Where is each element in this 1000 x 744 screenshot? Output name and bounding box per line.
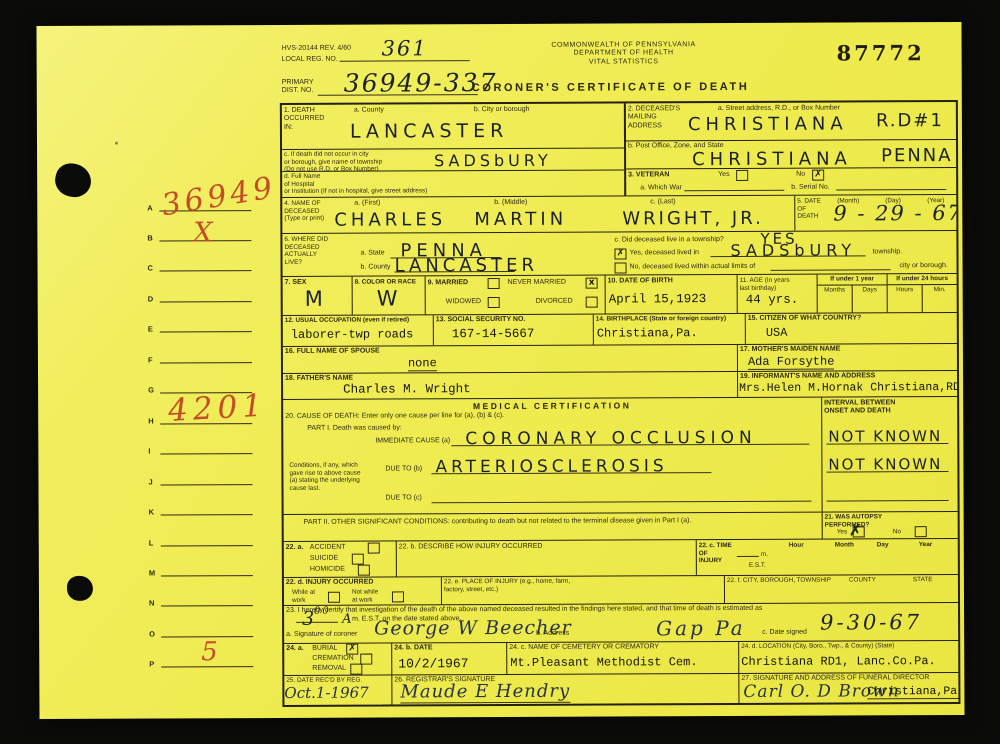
place-of-injury-cell: 22. e. PLACE OF INJURY (e.g., home, farm… [441,576,724,604]
birthplace-label: 14. BIRTHPLACE (State or foreign country… [596,315,726,323]
local-reg-label: LOCAL REG. NO. [282,56,338,64]
post-office-state-value: PENNA [881,145,953,166]
time-est-label: E.S.T. [749,562,766,570]
hospital-label: d. Full Name of Hospital or Institution … [284,172,427,196]
margin-letter: I [148,447,150,456]
cause-of-death-cell: MEDICAL CERTIFICATION 20. CAUSE OF DEATH… [283,398,821,514]
cemetery-label: 24. c. NAME OF CEMETERY OR CREMATORY [509,643,659,652]
residence-county-label: b. County [361,263,391,271]
months-label: Months [818,285,853,312]
spouse-cell: 16. FULL NAME OF SPOUSE none [283,345,737,373]
last-name-value: WRIGHT, JR. [622,208,764,230]
interval-header: INTERVAL BETWEEN ONSET AND DEATH [824,399,895,416]
date-signed-label: c. Date signed [762,629,807,637]
registrar-signature-value: Maude E Hendry [400,681,570,704]
coroner-signature-label: a. Signature of coroner [286,631,357,640]
while-at-work-label: While at work [292,589,315,604]
funeral-director-cell: 27. SIGNATURE AND ADDRESS OF FUNERAL DIR… [738,673,958,703]
disposal-date-value: 10/2/1967 [398,656,468,671]
first-name-label: a. (First) [354,200,380,208]
last-name-label: c. (Last) [650,198,675,206]
accident-label: ACCIDENT [310,544,346,552]
item22a-label: 22. a. [286,544,304,552]
homicide-label: HOMICIDE [310,566,345,574]
form-header: HVS-20144 REV. 4/60 LOCAL REG. NO. 361 P… [282,40,958,103]
month-label: Month [835,541,854,549]
city-borough-suffix-label: city or borough. [900,262,948,270]
removal-label: REMOVAL [312,665,346,673]
cemetery-value: Mt.Pleasant Methodist Cem. [510,655,697,670]
due-to-b-label: DUE TO (b) [385,465,422,473]
township-note-label: c. If death did not occur in city or bor… [284,151,382,171]
citizen-value: USA [766,326,788,340]
middle-name-value: MARTIN [474,209,567,230]
margin-value-p: 5 [201,637,218,667]
veteran-no-checkbox: ✗ [812,170,824,181]
under-24-hours-cell: If under 24 hours Hours Min. [887,274,957,312]
never-married-checkbox: x [586,278,598,289]
township-value: SADSbURY [434,151,552,171]
first-name-value: CHARLES [334,209,446,230]
margin-letter: D [148,295,153,304]
row-registrar-funeral: 25. DATE REC'D BY REG. Oct.1-1967 26. RE… [284,672,958,705]
under-24-hours-label: If under 24 hours [888,274,957,285]
age-label: 11. AGE (In years last birthday) [740,277,790,293]
mother-value: Ada Forsythe [748,355,834,370]
cremation-label: CREMATION [312,655,354,663]
margin-letter: L [149,539,154,548]
cause-of-death-label: 20. CAUSE OF DEATH: Enter only one cause… [285,412,504,421]
interval-cell: INTERVAL BETWEEN ONSET AND DEATH NOT KNO… [821,397,957,512]
margin-value-a: 36949 [159,170,279,223]
coroner-address-value: Gap Pa [656,616,746,640]
injury-occurred-label: 22. d. INJURY OCCURRED [286,579,374,588]
dob-cell: 10. DATE OF BIRTH April 15,1923 [605,275,737,314]
time-of-injury-label: 22. c. TIME OF INJURY [699,542,732,565]
injury-county-label: COUNTY [849,576,876,584]
residence-cell: 6. WHERE DID DECEASED ACTUALLY LIVE? a. … [282,231,956,276]
township-yes-text: Yes, deceased lived in [629,249,698,258]
date-received-cell: 25. DATE REC'D BY REG. Oct.1-1967 [284,675,391,704]
veteran-subcell: 3. VETERAN Yes No ✗ a. Which War b. Seri… [626,167,956,195]
days-label: Days [853,285,887,313]
under-1-year-label: If under 1 year [818,274,887,285]
removal-checkbox [350,664,362,675]
row-part2-autopsy: PART II. OTHER SIGNIFICANT CONDITIONS: c… [284,511,958,541]
margin-letter: J [148,478,152,487]
post-office-subcell: b. Post Office, Zone, and State CHRISTIA… [626,139,956,168]
interval-b-value: NOT KNOWN [828,455,942,473]
divorced-label: DIVORCED [536,298,573,306]
married-label: 9. MARRIED [428,279,468,287]
location-value: Christiana RD1, Lanc.Co.Pa. [741,654,935,669]
dod-label: 5. DATE OF DEATH [797,198,821,221]
occupation-cell: 12. USUAL OCCUPATION (even if retired) l… [283,315,433,346]
immediate-cause-label: IMMEDIATE CAUSE (a) [375,437,450,446]
sex-value: M [305,287,326,311]
father-cell: 18. FATHER'S NAME Charles M. Wright [283,372,737,399]
ssn-label: 13. SOCIAL SECURITY NO. [436,316,526,325]
margin-letter: E [148,325,153,334]
race-value: W [377,286,401,310]
part1-label: PART I. Death was caused by: [307,424,402,433]
spouse-label: 16. FULL NAME OF SPOUSE [285,348,380,357]
burial-cell: 24. a. BURIAL ✗ CREMATION REMOVAL [284,643,391,674]
county-city-subcell: 1. DEATH OCCURRED IN: a. County b. City … [282,103,624,148]
margin-register: A36949 BX C D E F G H4201 I J K L M N O … [36,22,961,26]
margin-letter: C [148,264,153,273]
street-rd-value: R.D#1 [876,110,944,131]
cemetery-cell: 24. c. NAME OF CEMETERY OR CREMATORY Mt.… [506,642,738,674]
margin-letter: A [147,204,152,213]
row-occupation: 12. USUAL OCCUPATION (even if retired) l… [283,312,957,346]
margin-letter: K [149,508,154,517]
birthplace-value: Christiana,Pa. [597,326,698,340]
street-subcell: 2. DECEASED'S MAILING ADDRESS a. Street … [626,102,956,140]
residence-state-label: a. State [360,250,384,258]
middle-name-label: b. (Middle) [494,199,527,207]
under-1-year-cell: If under 1 year Months Days [817,274,887,312]
funeral-director-address: Christiana,Pa. [867,685,958,699]
autopsy-no-label: No [893,528,901,536]
veteran-label: 3. VETERAN [628,171,669,179]
township-subcell: c. If death did not occur in city or bor… [282,147,624,170]
township-yes-checkbox: ✗ [614,248,626,259]
veteran-yes-checkbox [736,170,748,181]
row-spouse-mother: 16. FULL NAME OF SPOUSE none 17. MOTHER'… [283,343,957,373]
autopsy-cell: 21. WAS AUTOPSY PERFORMED? Yes ✗ No [822,512,958,539]
injury-state-label: STATE [913,576,933,584]
death-occurred-cell: 1. DEATH OCCURRED IN: a. County b. City … [282,103,624,196]
suicide-checkbox [352,554,364,565]
married-checkbox [488,278,500,289]
injury-city-cell: 22. f. CITY, BOROUGH, TOWNSHIP COUNTY ST… [724,575,958,603]
township-suffix-label: township. [872,248,902,256]
due-to-c-label: DUE TO (c) [386,494,422,502]
street-value: CHRISTIANA [688,113,848,135]
post-office-value: CHRISTIANA [692,148,852,168]
age-value: 44 yrs. [746,293,799,307]
hospital-subcell: d. Full Name of Hospital or Institution … [282,169,624,195]
agency-block: COMMONWEALTH OF PENNSYLVANIA DEPARTMENT … [504,41,744,67]
informant-cell: 19. INFORMANT'S NAME AND ADDRESS Mrs.Hel… [737,371,957,397]
which-war-label: a. Which War [640,184,682,192]
serial-no-label: b. Serial No. [791,184,830,192]
conditions-note-label: Conditions, if any, which gave rise to a… [289,462,360,493]
mailing-address-label: 2. DECEASED'S MAILING ADDRESS [628,105,680,130]
sex-cell: 7. SEX M [283,277,352,315]
immediate-cause-value: CORONARY OCCLUSION [465,428,756,449]
residence-county-value: LANCASTER [394,255,537,276]
certificate-stamp-number: 87772 [837,40,925,65]
occupation-value: laborer-twp roads [291,327,413,342]
agency-line3: VITAL STATISTICS [504,57,744,66]
mother-label: 17. MOTHER'S MAIDEN NAME [740,346,840,355]
disposal-date-cell: 24. b. DATE 10/2/1967 [391,643,506,675]
homicide-checkbox [358,565,370,576]
part2-cell: PART II. OTHER SIGNIFICANT CONDITIONS: c… [284,513,822,541]
ssn-value: 167-14-5667 [452,327,535,341]
day-label: Day [877,541,889,549]
township-name-value: SADSbURY [730,240,856,260]
injury-occurred-cell: 22. d. INJURY OCCURRED While at work Not… [284,577,441,605]
item24a-label: 24. a. [286,645,304,653]
year-label: Year [919,541,933,549]
hole-punch-bottom [67,576,93,601]
ssn-cell: 13. SOCIAL SECURITY NO. 167-14-5667 [433,315,593,346]
min-label: Min. [923,285,957,313]
hour-label: Hour [789,542,804,550]
autopsy-no-checkbox [915,526,927,537]
veteran-no-mark: ✗ [814,170,822,180]
dob-value: April 15,1923 [609,292,707,306]
occupation-label: 12. USUAL OCCUPATION (even if retired) [285,316,409,324]
spouse-value: none [408,356,437,371]
mailing-address-cell: 2. DECEASED'S MAILING ADDRESS a. Street … [624,102,956,195]
row-name-dod: 4. NAME OF DECEASED (Type or print) a. (… [282,194,956,233]
township-question-label: c. Did deceased live in a township? [614,236,723,245]
burial-mark: ✗ [348,644,356,654]
divorced-checkbox [586,297,598,308]
margin-letter: B [147,234,152,243]
informant-value: Mrs.Helen M.Hornak Christiana,RD. Pa. [739,381,957,395]
injury-city-label: 22. f. CITY, BOROUGH, TOWNSHIP [727,577,831,585]
while-at-work-checkbox [328,592,340,603]
city-borough-label: b. City or borough [474,106,530,114]
location-cell: 24. d. LOCATION (City, Boro., Twp., & Co… [738,641,958,673]
dod-value: 9 - 29 - 67 [833,201,956,226]
informant-label: 19. INFORMANT'S NAME AND ADDRESS [740,372,875,381]
scanned-death-certificate: A36949 BX C D E F G H4201 I J K L M N O … [0,0,1000,744]
never-married-label: NEVER MARRIED [508,279,566,288]
citizen-cell: 15. CITIZEN OF WHAT COUNTRY? USA [745,313,957,344]
primary-dist-label: PRIMARY DIST. NO. [282,79,314,96]
street-label: a. Street address, R.D., or Box Number [718,105,840,114]
autopsy-yes-label: Yes [837,528,847,536]
father-value: Charles M. Wright [343,382,471,397]
dob-label: 10. DATE OF BIRTH [608,277,673,286]
accident-suicide-homicide-cell: 22. a. ACCIDENT SUICIDE HOMICIDE [284,541,396,576]
margin-letter: N [149,599,154,608]
margin-letter: H [148,417,153,426]
margin-letter: G [148,386,154,395]
certificate-card: A36949 BX C D E F G H4201 I J K L M N O … [36,22,964,719]
citizen-label: 15. CITIZEN OF WHAT COUNTRY? [748,314,862,323]
row-demographics: 7. SEX M 8. COLOR OR RACE W 9. MARRIED N… [283,273,957,315]
burial-label: BURIAL [312,645,337,653]
margin-value-h: 4201 [167,387,268,429]
hole-punch-top [52,160,95,201]
township-yes-mark: ✗ [617,248,625,258]
county-label: a. County [354,107,384,115]
veteran-no-label: No [796,171,805,179]
medical-certification-header: MEDICAL CERTIFICATION [283,400,821,412]
name-cell: 4. NAME OF DECEASED (Type or print) a. (… [282,196,794,233]
row-injury-def: 22. d. INJURY OCCURRED While at work Not… [284,574,958,605]
row-certify-signature: 23. I hereby certify that investigation … [284,602,958,643]
widowed-checkbox [488,297,500,308]
certify-text: 23. I hereby certify that investigation … [286,605,762,615]
part2-label: PART II. OTHER SIGNIFICANT CONDITIONS: c… [304,517,692,527]
accident-checkbox [368,543,380,554]
township-no-text: No, deceased lived within actual limits … [630,263,756,272]
margin-letter: O [149,630,155,639]
form-number: HVS-20144 REV. 4/60 [282,45,351,54]
due-to-b-value: ARTERIOSCLEROSIS [435,456,667,477]
hours-label: Hours [888,285,923,312]
time-m-label: m. [761,551,768,559]
certify-cell: 23. I hereby certify that investigation … [284,603,958,643]
registrar-signature-cell: 26. REGISTRAR'S SIGNATURE Maude E Hendry [391,674,738,705]
margin-letter: M [149,569,155,578]
place-of-injury-label: 22. e. PLACE OF INJURY (e.g., home, farm… [444,578,570,594]
widowed-label: WIDOWED [446,298,481,306]
row-disposal: 24. a. BURIAL ✗ CREMATION REMOVAL 24. b.… [284,640,958,675]
form-table: 1. DEATH OCCURRED IN: a. County b. City … [280,100,961,707]
not-while-at-work-checkbox [392,591,404,602]
not-while-at-work-label: Not while at work [352,589,378,604]
time-of-injury-cell: 22. c. TIME OF INJURY m. E.S.T. Hour Mon… [696,539,958,575]
birthplace-cell: 14. BIRTHPLACE (State or foreign country… [593,314,745,345]
date-received-value: Oct.1-1967 [284,684,368,702]
age-cell: 11. AGE (In years last birthday) 44 yrs. [737,275,817,313]
row-death-place-address: 1. DEATH OCCURRED IN: a. County b. City … [282,102,956,197]
burial-checkbox: ✗ [346,644,358,655]
row-father-informant: 18. FATHER'S NAME Charles M. Wright 19. … [283,370,957,399]
residence-label: 6. WHERE DID DECEASED ACTUALLY LIVE? [284,236,328,267]
township-no-checkbox [615,262,627,273]
name-label: 4. NAME OF DECEASED (Type or print) [284,200,324,223]
autopsy-yes-mark: ✗ [849,520,862,538]
describe-injury-cell: 22. b. DESCRIBE HOW INJURY OCCURRED [396,540,696,576]
mother-cell: 17. MOTHER'S MAIDEN NAME Ada Forsythe [737,344,957,371]
death-occurred-label: 1. DEATH OCCURRED IN: [284,107,325,132]
disposal-date-label: 24. b. DATE [394,644,432,652]
row-medical-certification: MEDICAL CERTIFICATION 20. CAUSE OF DEATH… [283,396,957,514]
interval-a-value: NOT KNOWN [828,427,942,445]
time-of-death-sup: 00 [314,606,331,617]
date-of-death-cell: 5. DATE OF DEATH (Month) (Day) (Year) 9 … [794,195,956,231]
sex-label: 7. SEX [285,279,307,287]
describe-injury-label: 22. b. DESCRIBE HOW INJURY OCCURRED [399,543,543,552]
margin-letter: F [148,356,153,365]
margin-value-b: X [193,217,212,248]
margin-letter: P [149,660,154,669]
suicide-label: SUICIDE [310,555,338,563]
location-label: 24. d. LOCATION (City, Boro., Twp., & Co… [741,642,894,650]
row-injury-abc: 22. a. ACCIDENT SUICIDE HOMICIDE 22. b. … [284,538,958,577]
never-married-mark: x [589,278,595,288]
certificate-title: CORONER'S CERTIFICATE OF DEATH [472,81,750,94]
date-signed-value: 9-30-67 [820,610,922,634]
marital-status-cell: 9. MARRIED NEVER MARRIED x WIDOWED DIVOR… [425,276,605,315]
race-label: 8. COLOR OR RACE [355,278,416,286]
local-reg-value: 361 [382,36,428,60]
race-cell: 8. COLOR OR RACE W [352,276,425,314]
veteran-yes-label: Yes [718,171,729,179]
county-value: LANCASTER [350,120,508,143]
row-residence: 6. WHERE DID DECEASED ACTUALLY LIVE? a. … [282,230,956,276]
scan-speck [115,142,118,145]
coroner-address-label: b. Address [536,630,569,638]
